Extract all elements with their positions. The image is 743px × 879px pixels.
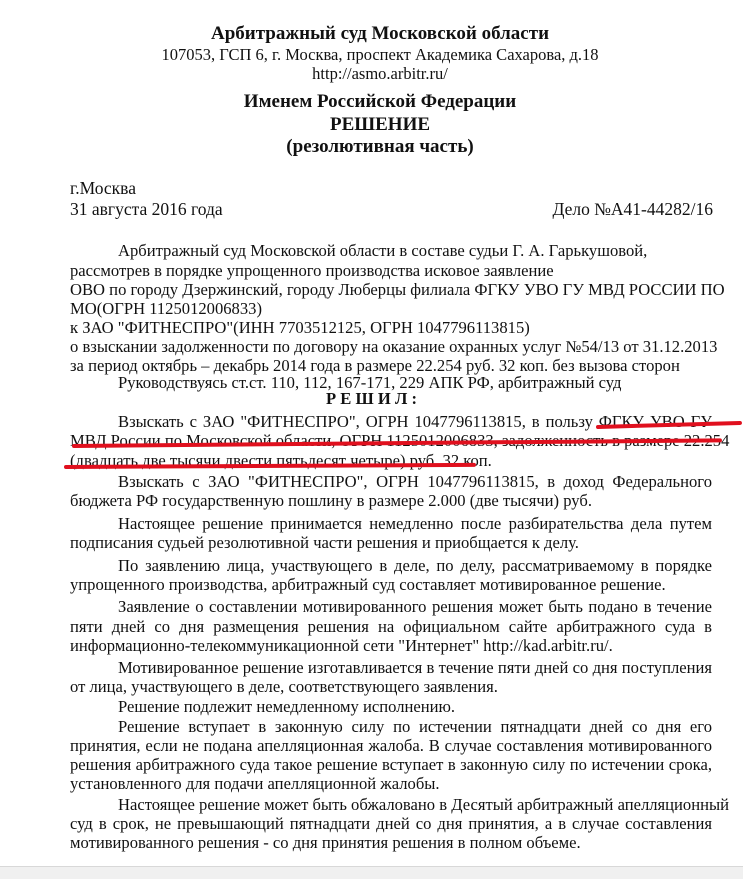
document-page: Арбитражный суд Московской области 10705… (0, 0, 743, 866)
court-website: http://asmo.arbitr.ru/ (70, 64, 690, 84)
ruling-line: По заявлению лица, участвующего в деле, … (70, 556, 712, 576)
page-bottom-edge (0, 866, 743, 879)
ruling-line: Настоящее решение может быть обжаловано … (70, 795, 712, 815)
ruling-line: суд в срок, не превышающий пятнадцати дн… (70, 814, 712, 834)
intro-line: к ЗАО "ФИТНЕСПРО"(ИНН 7703512125, ОГРН 1… (70, 318, 712, 338)
case-number: Дело №А41-44282/16 (552, 199, 713, 219)
ruling-line: принятия, если не подана апелляционная ж… (70, 736, 712, 756)
ruling-line: Решение подлежит немедленному исполнению… (70, 697, 712, 717)
court-address: 107053, ГСП 6, г. Москва, проспект Акаде… (70, 45, 690, 65)
in-the-name-heading: Именем Российской Федерации (70, 92, 690, 112)
ruling-line: мотивированного решения - со дня приняти… (70, 833, 712, 853)
ruling-line: информационно-телекоммуникационной сети … (70, 636, 712, 656)
ruling-line: упрощенного производства, арбитражный су… (70, 575, 712, 595)
intro-line: рассмотрев в порядке упрощенного произво… (70, 261, 712, 281)
ruling-line: Заявление о составлении мотивированного … (70, 597, 712, 617)
city: г.Москва (70, 178, 136, 198)
ruling-line: Мотивированное решение изготавливается в… (70, 658, 712, 678)
ruling-line: Взыскать с ЗАО "ФИТНЕСПРО", ОГРН 1047796… (70, 412, 712, 432)
court-name: Арбитражный суд Московской области (70, 24, 690, 44)
document-subtitle: (резолютивная часть) (70, 137, 690, 157)
intro-line: ОВО по городу Дзержинский, городу Люберц… (70, 280, 712, 300)
ruling-line: решения арбитражного суда такое решение … (70, 755, 712, 775)
ruling-line: Настоящее решение принимается немедленно… (70, 514, 712, 534)
ruling-line: Решение вступает в законную силу по исте… (70, 717, 712, 737)
decision-date: 31 августа 2016 года (70, 199, 223, 219)
ruling-line: Взыскать с ЗАО "ФИТНЕСПРО", ОГРН 1047796… (70, 472, 712, 492)
ruling-line: установленного для подачи апелляционной … (70, 774, 712, 794)
ruling-line: пяти дней со дня размещения решения на о… (70, 617, 712, 637)
document-title: РЕШЕНИЕ (70, 115, 690, 135)
intro-line: Арбитражный суд Московской области в сос… (70, 241, 712, 261)
intro-line: о взыскании задолженности по договору на… (70, 337, 712, 357)
ruling-line: подписания судьей резолютивной части реш… (70, 533, 712, 553)
decided-heading: Р Е Ш И Л : (0, 389, 743, 409)
intro-line: МО(ОГРН 1125012006833) (70, 299, 712, 319)
ruling-line: от лица, участвующего в деле, соответств… (70, 677, 712, 697)
ruling-line: бюджета РФ государственную пошлину в раз… (70, 491, 712, 511)
